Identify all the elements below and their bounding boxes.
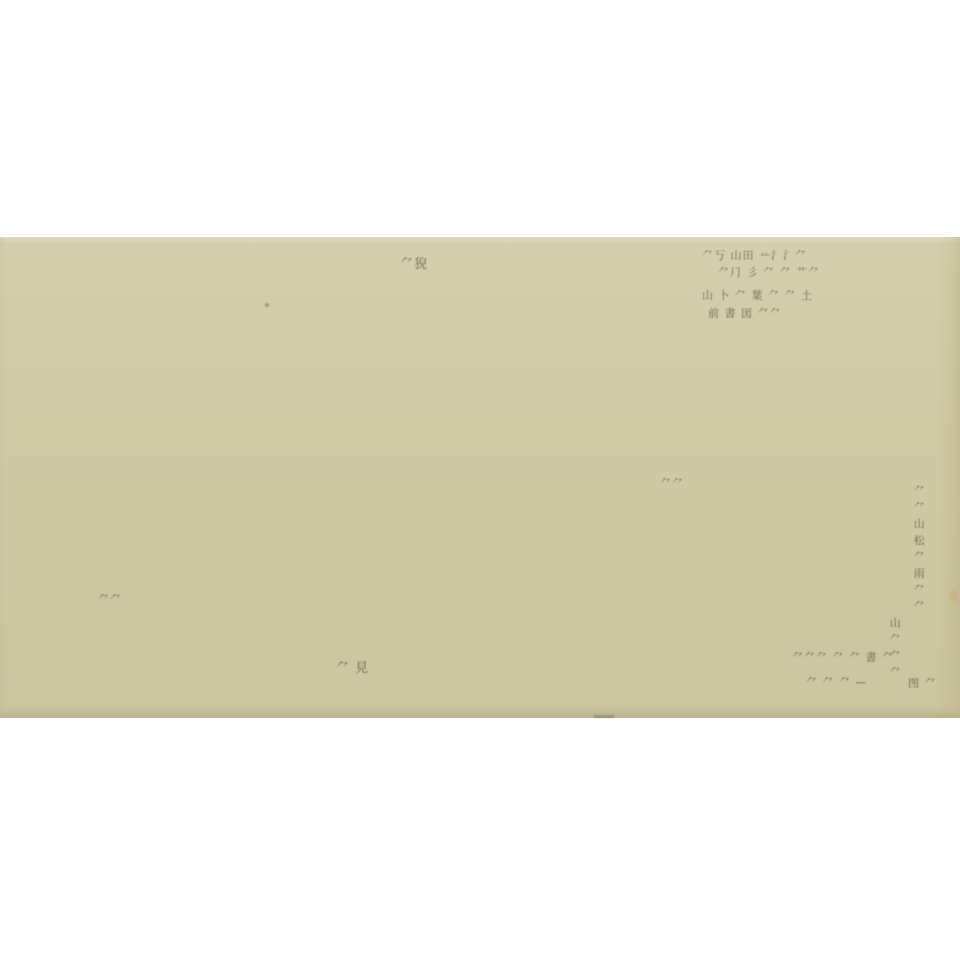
ink-speck bbox=[265, 303, 269, 307]
inscription-signature: 图 ⺈ bbox=[908, 677, 937, 690]
inscription-line: ⺈⺈⺈ ⺈ ⺈ 書 ⺈ bbox=[792, 651, 894, 664]
inscription-bottom-center: ⺈ 見 bbox=[336, 661, 369, 677]
inscription-bottom-right: ⺈⺈⺈ ⺈ ⺈ 書 ⺈ ⺈ ⺈ ⺈ — bbox=[792, 651, 894, 689]
inscription-line: ⺈ ⺈ ⺈ — bbox=[806, 676, 894, 689]
inscription-line: 山 卜 ⺈ 葉 ⺈ ⺈ 土 bbox=[702, 289, 820, 302]
calligraphy-paper: ⺈㹸 ⺈丂 山田 䒑⺡⺡⺈ ⺈⺆ 彡 ⺈ ⺈ 艹⺈ 山 卜 ⺈ 葉 ⺈ ⺈ 土 … bbox=[0, 237, 960, 718]
inscription-line: ⺈丂 山田 䒑⺡⺡⺈ bbox=[702, 249, 820, 262]
inscription-center-right: ⺈⺈ bbox=[660, 477, 684, 490]
inscription-line: ⺈⺆ 彡 ⺈ ⺈ 艹⺈ bbox=[718, 266, 820, 279]
paper-edge-mark bbox=[594, 715, 614, 718]
inscription-right-column: ⺈ ⺈ 山 松 ⺈ 雨 ⺈ ⺈ bbox=[912, 485, 925, 612]
paper-stain bbox=[950, 589, 958, 603]
inscription-left: ⺈⺈ bbox=[98, 593, 122, 606]
inscription-line: 前 書 図 ⺈⺈ bbox=[708, 307, 820, 320]
inscription-top-center: ⺈㹸 bbox=[400, 257, 428, 273]
inscription-top-right: ⺈丂 山田 䒑⺡⺡⺈ ⺈⺆ 彡 ⺈ ⺈ 艹⺈ 山 卜 ⺈ 葉 ⺈ ⺈ 土 前 書… bbox=[702, 249, 820, 320]
